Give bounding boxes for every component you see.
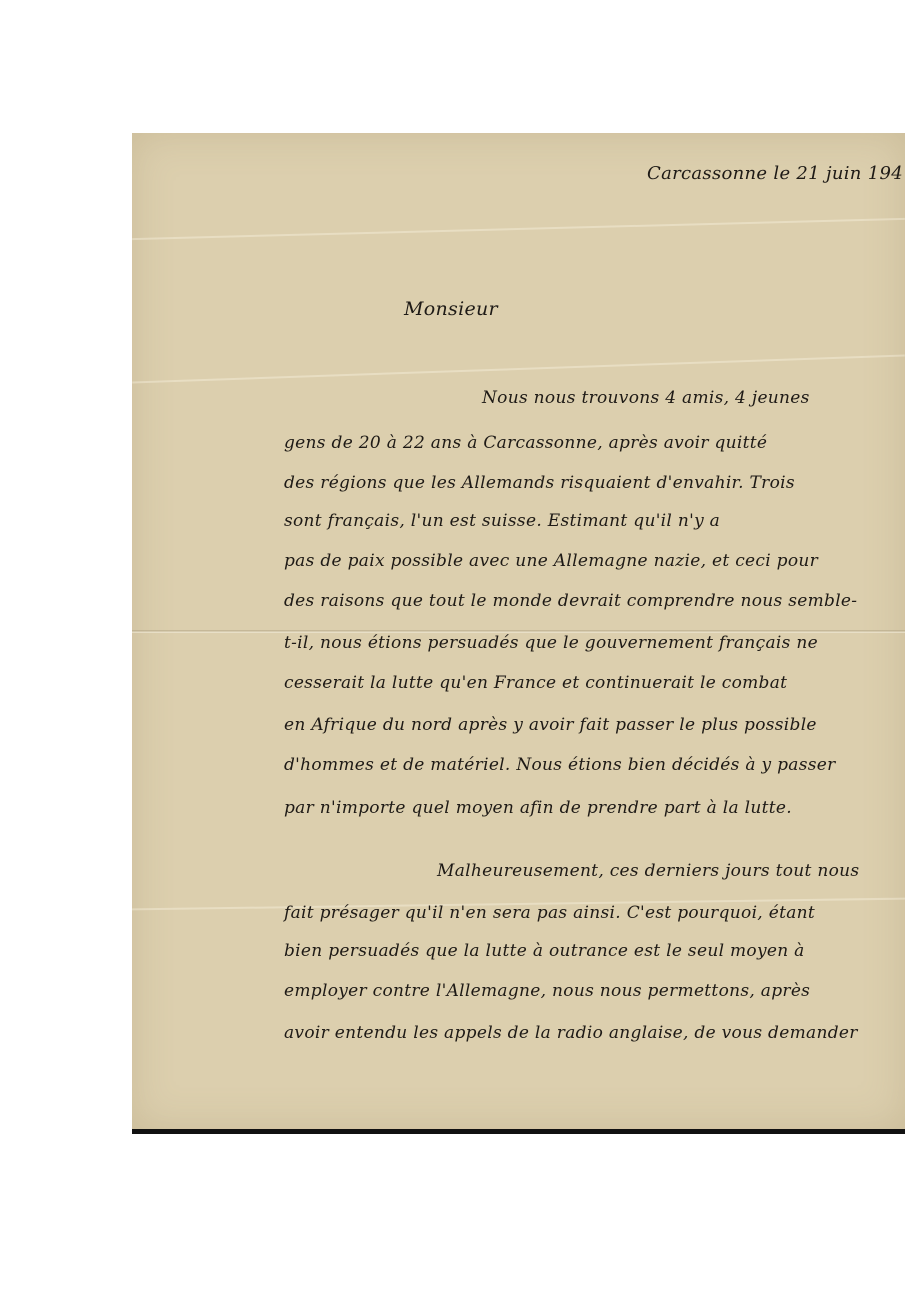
letter-line: sont français, l'un est suisse. Estimant… xyxy=(284,511,720,531)
letter-line: en Afrique du nord après y avoir fait pa… xyxy=(284,715,817,735)
letter-line: cesserait la lutte qu'en France et conti… xyxy=(284,673,787,693)
paper-crease xyxy=(132,218,905,240)
place-and-date: Carcassonne le 21 juin 194 xyxy=(647,163,903,184)
letter-line: par n'importe quel moyen afin de prendre… xyxy=(284,798,792,818)
letter-line: des raisons que tout le monde devrait co… xyxy=(284,591,857,611)
letter-line: Nous nous trouvons 4 amis, 4 jeunes xyxy=(482,388,810,408)
letter-line: fait présager qu'il n'en sera pas ainsi.… xyxy=(284,903,815,923)
letter-line: pas de paix possible avec une Allemagne … xyxy=(284,551,818,571)
letter-line: employer contre l'Allemagne, nous nous p… xyxy=(284,981,810,1001)
letter-line: avoir entendu les appels de la radio ang… xyxy=(284,1023,858,1043)
paper-crease xyxy=(132,355,905,384)
letter-line: t-il, nous étions persuadés que le gouve… xyxy=(284,633,818,653)
letter-line: bien persuadés que la lutte à outrance e… xyxy=(284,941,805,961)
letter-line: des régions que les Allemands risquaient… xyxy=(284,473,795,493)
letter-line: Malheureusement, ces derniers jours tout… xyxy=(437,861,859,881)
letter-line: gens de 20 à 22 ans à Carcassonne, après… xyxy=(284,433,767,453)
letter-line: d'hommes et de matériel. Nous étions bie… xyxy=(284,755,836,775)
salutation: Monsieur xyxy=(404,298,498,320)
letter-page: Carcassonne le 21 juin 194 Monsieur Nous… xyxy=(132,133,905,1134)
